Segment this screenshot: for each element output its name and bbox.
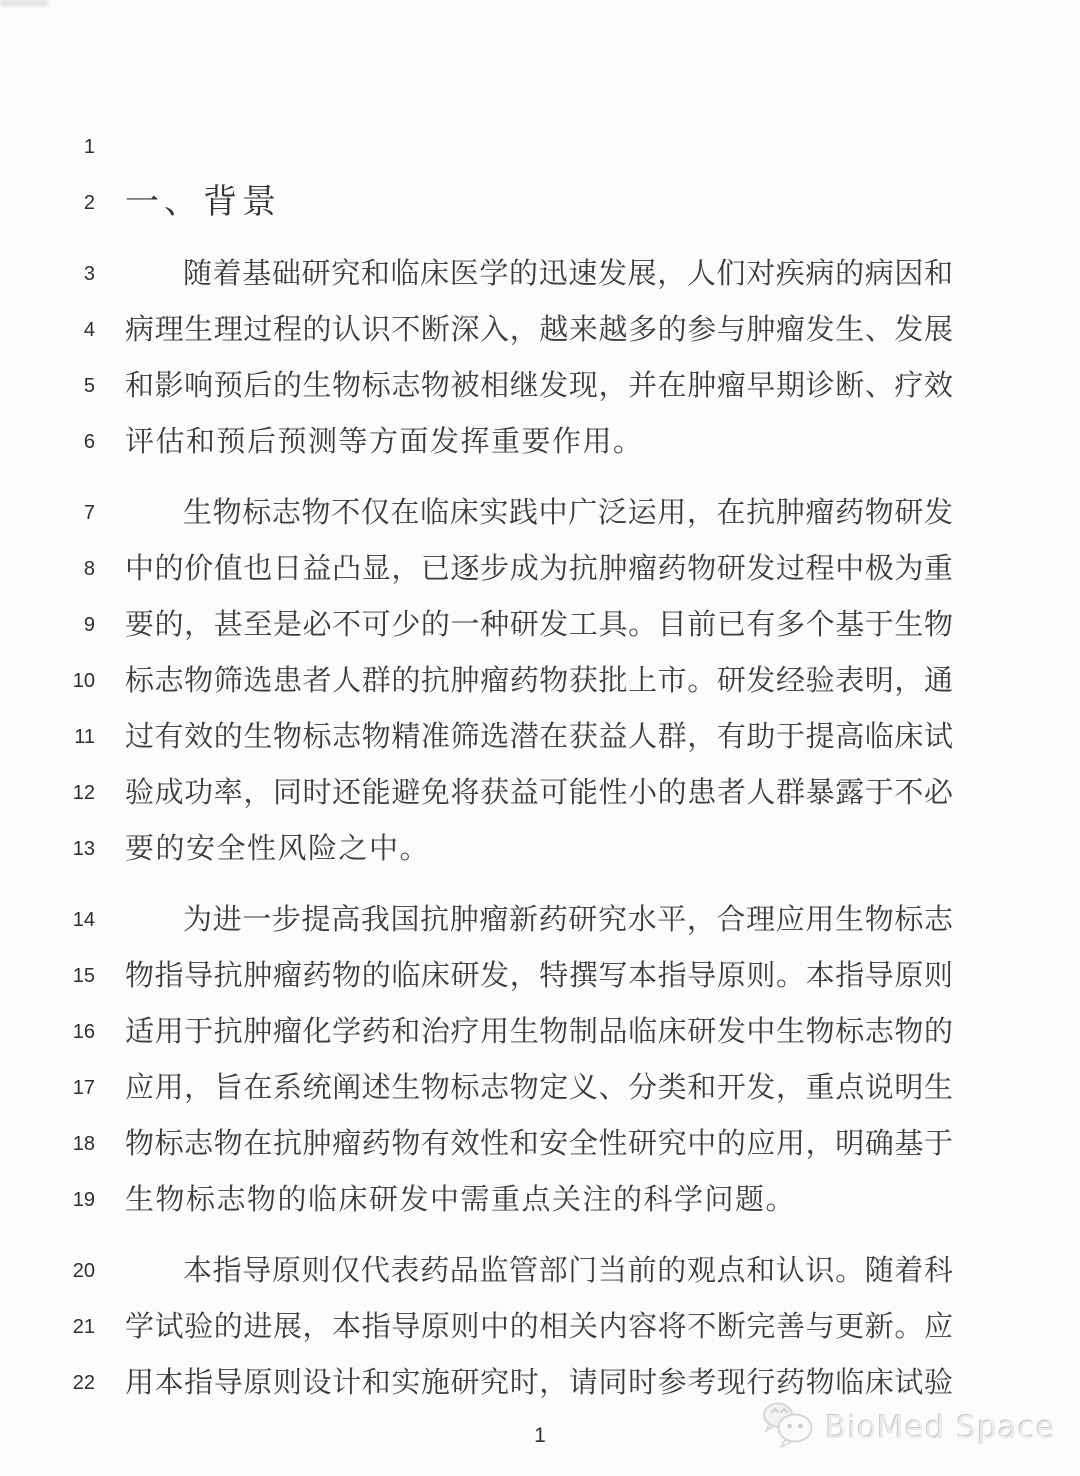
line-number: 10 <box>0 670 95 693</box>
document-page: 1 2 一、背景 3 随着基础研究和临床医学的迅速发展，人们对疾病的病因和 4 … <box>0 0 1080 1476</box>
line-number: 1 <box>0 136 95 159</box>
line-number: 4 <box>0 319 95 342</box>
line-number: 18 <box>0 1133 95 1156</box>
line-text: 要的，甚至是必不可少的一种研发工具。目前已有多个基于生物 <box>125 597 953 653</box>
line-number: 12 <box>0 782 95 805</box>
line-number: 14 <box>0 909 95 932</box>
document-line: 11 过有效的生物标志物精准筛选潜在获益人群，有助于提高临床试 <box>0 709 1080 765</box>
watermark-label: BioMed Space <box>825 1410 1056 1446</box>
document-line: 20 本指导原则仅代表药品监管部门当前的观点和认识。随着科 <box>0 1243 1080 1299</box>
document-line: 12 验成功率，同时还能避免将获益可能性小的患者人群暴露于不必 <box>0 765 1080 821</box>
document-line: 6 评估和预后预测等方面发挥重要作用。 <box>0 414 1080 470</box>
line-text: 病理生理过程的认识不断深入，越来越多的参与肿瘤发生、发展 <box>125 302 953 358</box>
line-text: 验成功率，同时还能避免将获益可能性小的患者人群暴露于不必 <box>125 765 953 821</box>
document-line: 19 生物标志物的临床研发中需重点关注的科学问题。 <box>0 1172 1080 1228</box>
document-line: 3 随着基础研究和临床医学的迅速发展，人们对疾病的病因和 <box>0 246 1080 302</box>
document-line: 15 物指导抗肿瘤药物的临床研发，特撰写本指导原则。本指导原则 <box>0 948 1080 1004</box>
line-number: 7 <box>0 502 95 525</box>
document-line: 5 和影响预后的生物标志物被相继发现，并在肿瘤早期诊断、疗效 <box>0 358 1080 414</box>
line-text: 评估和预后预测等方面发挥重要作用。 <box>125 414 953 470</box>
line-text: 应用，旨在系统阐述生物标志物定义、分类和开发，重点说明生 <box>125 1060 953 1116</box>
line-text: 要的安全性风险之中。 <box>125 821 953 877</box>
document-line: 2 一、背景 <box>0 175 1080 231</box>
line-number: 3 <box>0 263 95 286</box>
document-line: 8 中的价值也日益凸显，已逐步成为抗肿瘤药物研发过程中极为重 <box>0 541 1080 597</box>
watermark: BioMed Space <box>759 1400 1056 1455</box>
document-line: 21 学试验的进展，本指导原则中的相关内容将不断完善与更新。应 <box>0 1299 1080 1355</box>
document-line: 17 应用，旨在系统阐述生物标志物定义、分类和开发，重点说明生 <box>0 1060 1080 1116</box>
scan-artifact <box>0 0 48 6</box>
document-line: 4 病理生理过程的认识不断深入，越来越多的参与肿瘤发生、发展 <box>0 302 1080 358</box>
document-line: 10 标志物筛选患者人群的抗肿瘤药物获批上市。研发经验表明，通 <box>0 653 1080 709</box>
line-text: 物指导抗肿瘤药物的临床研发，特撰写本指导原则。本指导原则 <box>125 948 953 1004</box>
document-line: 1 <box>0 119 1080 175</box>
line-text: 中的价值也日益凸显，已逐步成为抗肿瘤药物研发过程中极为重 <box>125 541 953 597</box>
line-number: 13 <box>0 838 95 861</box>
line-number: 8 <box>0 558 95 581</box>
line-text: 学试验的进展，本指导原则中的相关内容将不断完善与更新。应 <box>125 1299 953 1355</box>
document-line: 13 要的安全性风险之中。 <box>0 821 1080 877</box>
line-number: 21 <box>0 1316 95 1339</box>
document-line: 16 适用于抗肿瘤化学药和治疗用生物制品临床研发中生物标志物的 <box>0 1004 1080 1060</box>
line-text: 过有效的生物标志物精准筛选潜在获益人群，有助于提高临床试 <box>125 709 953 765</box>
document-line: 18 物标志物在抗肿瘤药物有效性和安全性研究中的应用，明确基于 <box>0 1116 1080 1172</box>
line-text: 本指导原则仅代表药品监管部门当前的观点和认识。随着科 <box>125 1243 953 1299</box>
line-text: 生物标志物不仅在临床实践中广泛运用，在抗肿瘤药物研发 <box>125 485 953 541</box>
line-number: 20 <box>0 1260 95 1283</box>
line-number: 16 <box>0 1021 95 1044</box>
line-text: 随着基础研究和临床医学的迅速发展，人们对疾病的病因和 <box>125 246 953 302</box>
line-number: 2 <box>0 192 95 215</box>
line-number: 19 <box>0 1189 95 1212</box>
line-number: 11 <box>0 726 95 749</box>
document-line: 9 要的，甚至是必不可少的一种研发工具。目前已有多个基于生物 <box>0 597 1080 653</box>
line-text: 一、背景 <box>125 175 953 231</box>
line-number: 5 <box>0 375 95 398</box>
document-lines: 1 2 一、背景 3 随着基础研究和临床医学的迅速发展，人们对疾病的病因和 4 … <box>0 0 1080 1411</box>
line-text: 适用于抗肿瘤化学药和治疗用生物制品临床研发中生物标志物的 <box>125 1004 953 1060</box>
line-number: 22 <box>0 1372 95 1395</box>
line-text: 生物标志物的临床研发中需重点关注的科学问题。 <box>125 1172 953 1228</box>
document-line: 7 生物标志物不仅在临床实践中广泛运用，在抗肿瘤药物研发 <box>0 485 1080 541</box>
line-number: 6 <box>0 431 95 454</box>
line-text: 和影响预后的生物标志物被相继发现，并在肿瘤早期诊断、疗效 <box>125 358 953 414</box>
line-text: 标志物筛选患者人群的抗肿瘤药物获批上市。研发经验表明，通 <box>125 653 953 709</box>
line-text: 物标志物在抗肿瘤药物有效性和安全性研究中的应用，明确基于 <box>125 1116 953 1172</box>
wechat-bubbles-icon <box>759 1400 817 1455</box>
line-text: 为进一步提高我国抗肿瘤新药研究水平，合理应用生物标志 <box>125 892 953 948</box>
line-number: 17 <box>0 1077 95 1100</box>
document-line: 14 为进一步提高我国抗肿瘤新药研究水平，合理应用生物标志 <box>0 892 1080 948</box>
line-number: 9 <box>0 614 95 637</box>
line-number: 15 <box>0 965 95 988</box>
